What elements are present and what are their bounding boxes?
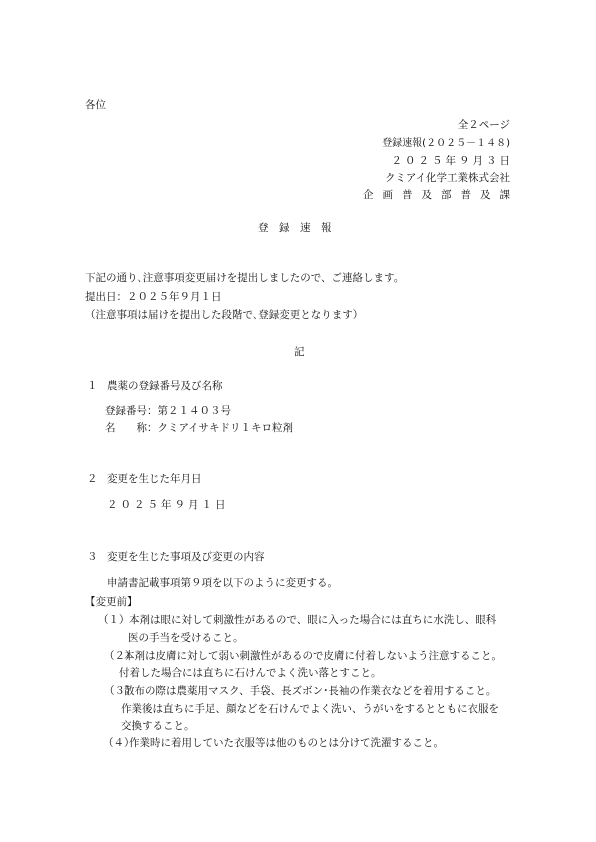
section-heading: 変更を生じた事項及び変更の内容 bbox=[107, 552, 265, 563]
change-date: ２０２５年９月１日 bbox=[107, 500, 229, 511]
item-line: 作業時に着用していた衣服等は他のものとは分けて洗濯すること。 bbox=[129, 738, 444, 749]
submission-date: 提出日：２０２５年９月１日 bbox=[85, 292, 222, 303]
item-line: 医の手当を受けること。 bbox=[128, 633, 244, 644]
section-heading: 農薬の登録番号及び名称 bbox=[107, 381, 223, 392]
item-line: 付着した場合には直ちに石けんでよく洗い落とすこと。 bbox=[119, 668, 382, 679]
item-line: 交換すること。 bbox=[121, 721, 195, 732]
ki-marker: 記 bbox=[294, 347, 305, 358]
section-number: ２ bbox=[87, 474, 98, 485]
item-mark: （１） bbox=[98, 615, 130, 626]
intro-line-1: 下記の通り､注意事項変更届けを提出しましたので、ご連絡します。 bbox=[85, 273, 404, 284]
item-line: 散布の際は農薬用マスク、手袋、長ズボン･長袖の作業衣などを着用すること。 bbox=[124, 686, 496, 697]
addressee: 各位 bbox=[85, 100, 106, 111]
change-description: 申請書記載事項第９項を以下のように変更する。 bbox=[107, 578, 338, 589]
company-name: クミアイ化学工業株式会社 bbox=[385, 173, 510, 184]
before-change-label: 【変更前】 bbox=[85, 597, 138, 608]
section-number: ３ bbox=[87, 552, 98, 563]
section-heading: 変更を生じた年月日 bbox=[107, 474, 202, 485]
item-line: 本剤は眼に対して刺激性があるので、眼に入った場合には直ちに水洗し、眼科 bbox=[129, 615, 496, 626]
department-name: 企画普及部普及課 bbox=[363, 190, 519, 201]
page-count: 全２ページ bbox=[458, 120, 510, 131]
doc-number: 登録速報(２０２５－１４８) bbox=[382, 139, 510, 149]
item-line: 作業後は直ちに手足、顔などを石けんでよく洗い、うがいをするとともに衣服を bbox=[121, 704, 499, 715]
document-title: 登 録 速 報 bbox=[258, 223, 332, 234]
registration-number: 登録番号：第２１４０３号 bbox=[105, 406, 231, 417]
product-name: 名 称：クミアイサキドリ１キロ粒剤 bbox=[105, 423, 293, 434]
section-number: １ bbox=[87, 381, 98, 392]
item-line: 本剤は皮膚に対して弱い刺激性があるので皮膚に付着しないよう注意すること。 bbox=[124, 651, 502, 662]
intro-note: （注意事項は届けを提出した段階で､登録変更となります） bbox=[85, 310, 363, 321]
issue-date: ２０２５年９月３日 bbox=[392, 156, 514, 167]
